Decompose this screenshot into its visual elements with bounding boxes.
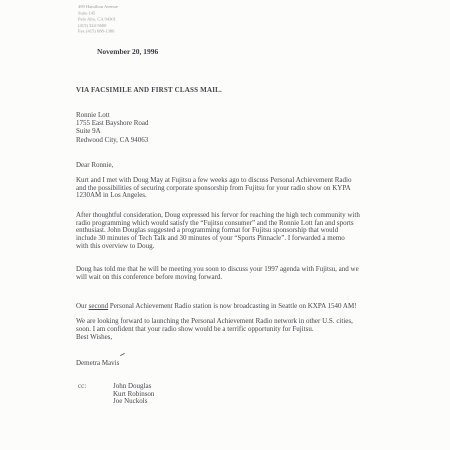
cc-block: cc: John Douglas Kurt Robinson Joe Nucko…	[78, 383, 154, 406]
body-paragraph-1: Kurt and I met with Doug May at Fujitsu …	[76, 177, 351, 200]
letter-date: November 20, 1996	[97, 47, 158, 56]
paragraph-4-underlined-word: second	[89, 302, 108, 310]
paragraph-4-suffix: Personal Achievement Radio station is no…	[108, 302, 356, 310]
handwritten-mark	[120, 353, 125, 356]
delivery-method-line: VIA FACSIMILE AND FIRST CLASS MAIL.	[76, 86, 222, 94]
letterhead-address: 499 Hamilton Avenue Suite 145 Palo Alto,…	[78, 4, 118, 35]
paragraph-4-prefix: Our	[76, 302, 89, 310]
cc-label: cc:	[78, 383, 113, 406]
body-paragraph-4-line-1: Our second Personal Achievement Radio st…	[76, 303, 357, 311]
salutation: Dear Ronnie,	[76, 161, 113, 169]
recipient-address-block: Ronnie Lott 1755 East Bayshore Road Suit…	[76, 111, 149, 144]
cc-names-list: John Douglas Kurt Robinson Joe Nuckols	[113, 383, 154, 406]
body-paragraph-4: Our second Personal Achievement Radio st…	[76, 295, 357, 341]
scanned-letter-page: 499 Hamilton Avenue Suite 145 Palo Alto,…	[0, 0, 450, 450]
signature-name: Demetra Mavis	[76, 359, 119, 367]
body-paragraph-2: After thoughtful consideration, Doug exp…	[76, 212, 360, 251]
body-paragraph-4-rest: We are looking forward to launching the …	[76, 318, 357, 333]
body-paragraph-3: Doug has told me that he will be meeting…	[76, 266, 359, 281]
closing-line: Best Wishes,	[76, 333, 112, 341]
